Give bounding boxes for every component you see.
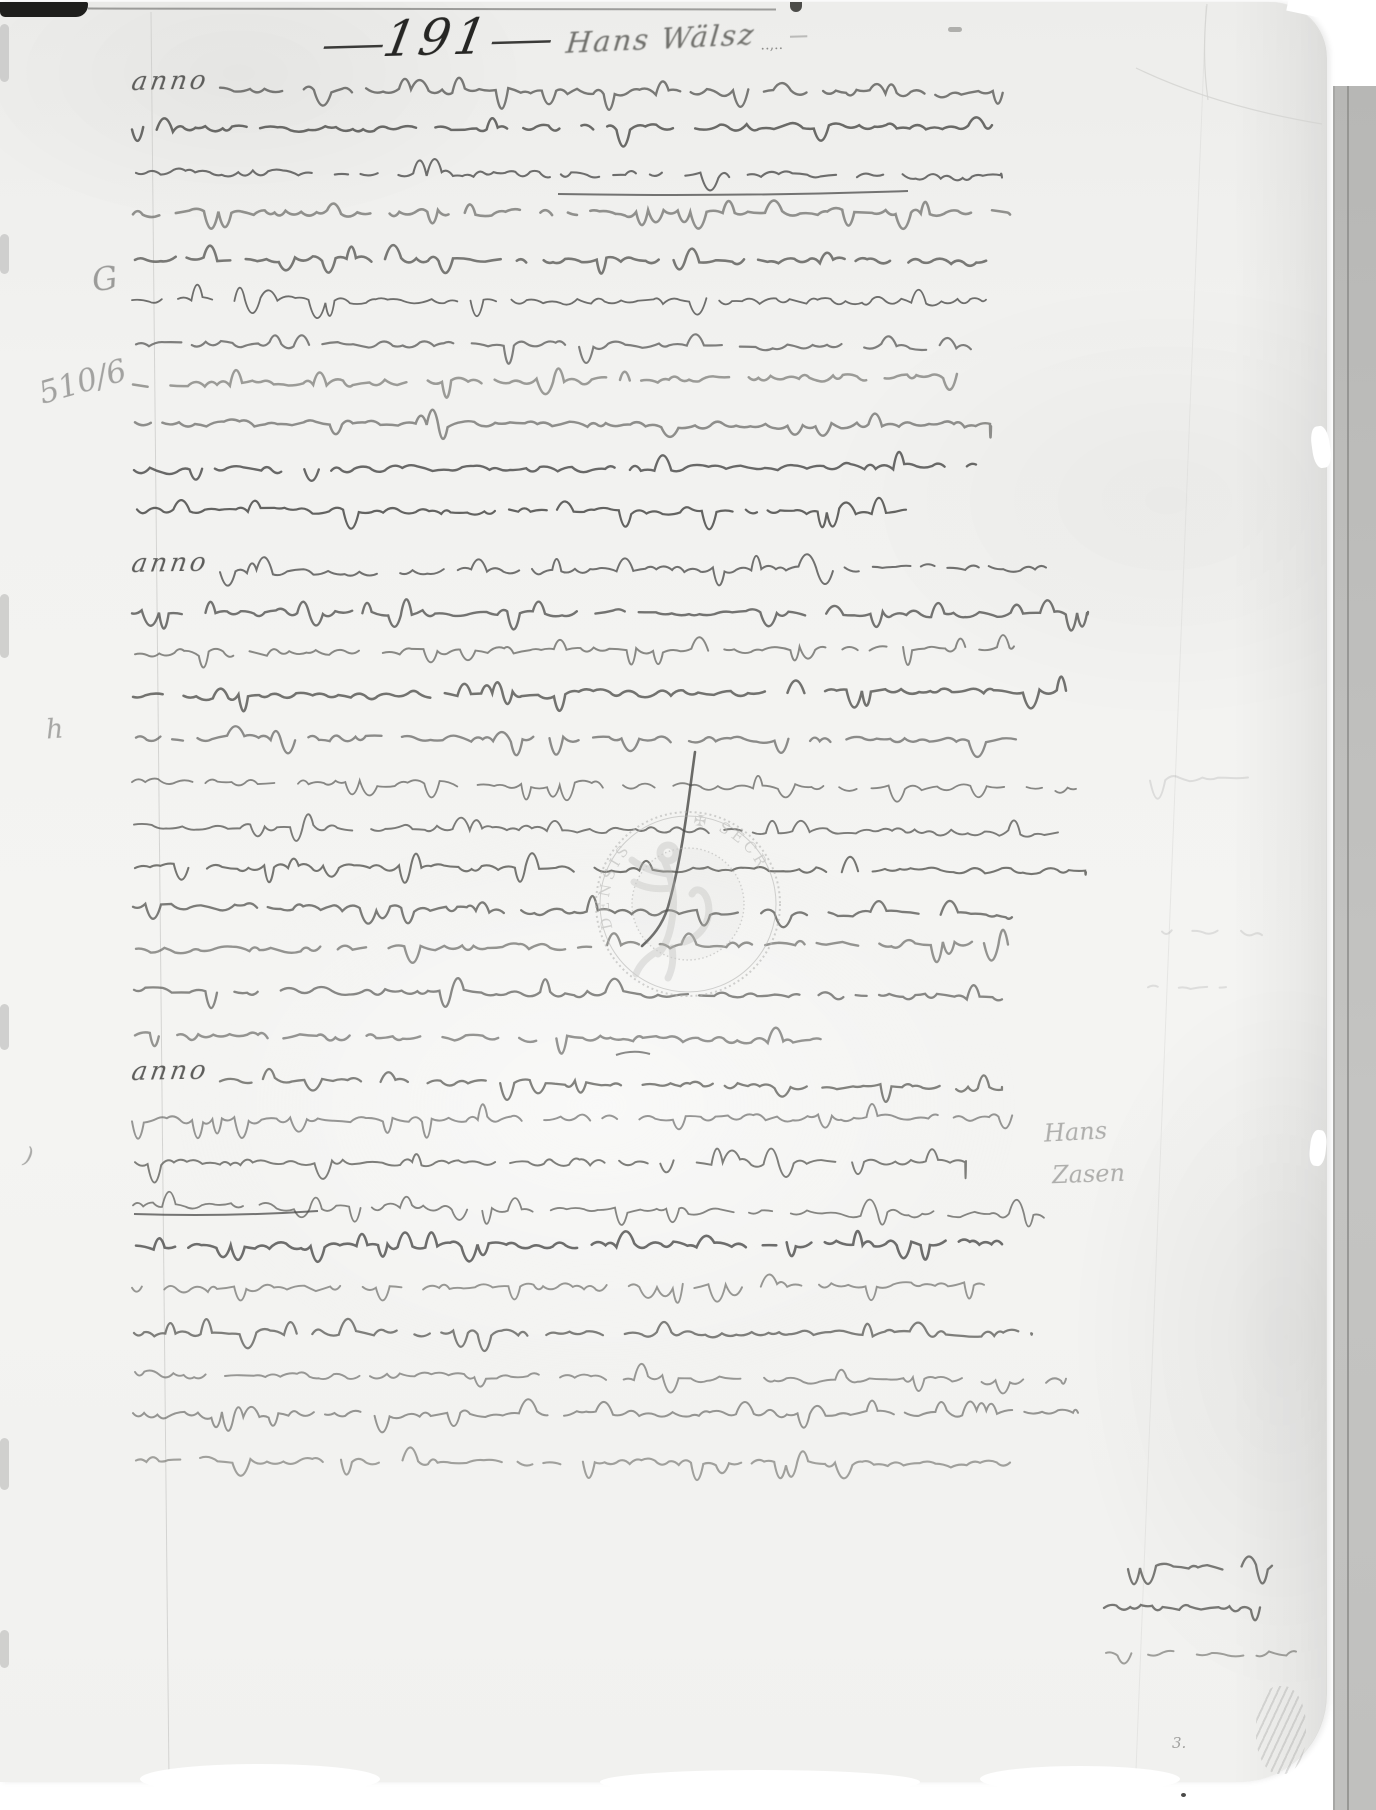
bottom-edge-wave [600, 1770, 920, 1794]
paper-crease [1136, 68, 1322, 124]
margin-note-numeral-3: 3. [1172, 1734, 1186, 1752]
backing-page-fold-line [1347, 86, 1349, 1810]
handwriting-layer: ✠ SECRDENSIS [0, 2, 1326, 1784]
entry-paragraph-2-opening-word: anno [130, 547, 212, 578]
ink-underline [134, 1211, 318, 1215]
ink-speck [1181, 1793, 1186, 1797]
entry-paragraph-3 [132, 1067, 1078, 1482]
bottom-edge-wave [980, 1766, 1180, 1792]
margin-note-name-hans: Hans [1043, 1116, 1107, 1147]
ink-offset-stains [1148, 776, 1262, 989]
ink-underline [558, 191, 908, 195]
entry-paragraph-1 [132, 77, 1010, 530]
margin-note-letter-h: h [45, 713, 65, 745]
manuscript-page: — 191 — Hans Wälsz ‥,.. – ✠ SECRDENSIS a… [0, 2, 1327, 1782]
margin-rule-left [151, 12, 169, 1780]
bottom-edge-wave [140, 1764, 380, 1794]
manuscript-scan: { "page": { "width": 1376, "height": 181… [0, 0, 1376, 1810]
entry-paragraph-2 [132, 552, 1088, 1055]
margin-rule-right [1136, 6, 1206, 1770]
archive-seal: ✠ SECRDENSIS [595, 811, 780, 996]
margin-note-name-zasen: Zasen [1052, 1159, 1126, 1190]
backing-page-edge [1333, 86, 1376, 1810]
right-margin-addition [1104, 1556, 1296, 1665]
seal-legend-densis: DENSIS [595, 839, 635, 931]
tilde-mark [616, 1052, 650, 1055]
margin-note-letter-G: G [89, 258, 120, 299]
entry-paragraph-3-opening-word: anno [130, 1055, 212, 1086]
entry-paragraph-1-opening-word: anno [130, 65, 212, 96]
corner-damage [1256, 1686, 1306, 1774]
paper-crease [1204, 4, 1208, 100]
